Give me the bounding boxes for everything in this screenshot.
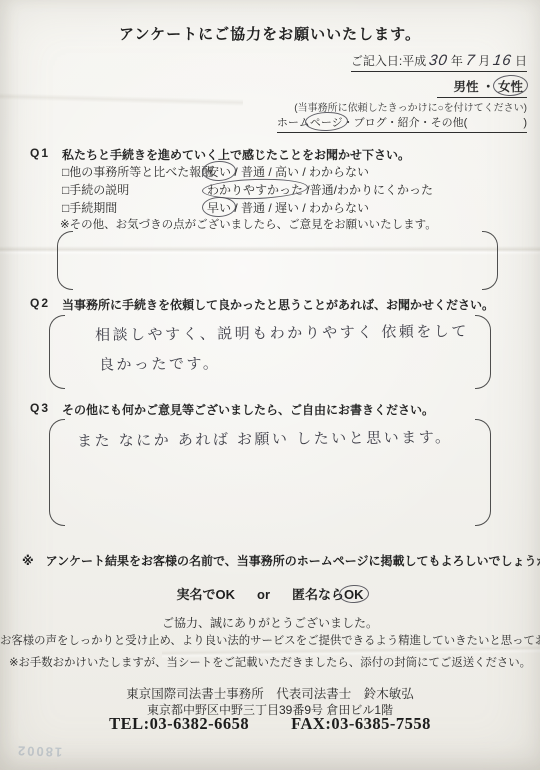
q1-answer-box: [57, 231, 498, 290]
q1-item-label: □手続期間: [62, 199, 207, 216]
q1-label: Q1: [30, 146, 62, 163]
anonymous-ok-circled: OK: [344, 587, 364, 602]
q1-row-period: □手続期間 早い / 普通 / 遅い / わからない: [62, 199, 369, 216]
or-label: or: [257, 587, 270, 602]
q3-label: Q3: [30, 401, 62, 418]
source-close-paren: ): [523, 117, 527, 129]
faint-serial-stamp: 18002: [16, 743, 63, 760]
gender-separator-dot: ・: [482, 80, 495, 94]
gender-line: 男性 ・ 女性: [437, 77, 527, 98]
q2-handwritten-answer-line2: 良かったです。: [99, 352, 221, 374]
q1-explanation-answer-circled: わかりやすかった: [207, 181, 303, 198]
source-homepage-circled: ページ: [310, 114, 343, 130]
date-prefix: ご記入日:平成: [351, 54, 426, 68]
paper-crease: [0, 93, 243, 106]
q2-heading: Q2 当事務所に手続きを依頼して良かったと思うことがあれば、お聞かせください。: [30, 296, 494, 313]
q3-heading: Q3 その他にも何かご意見等ございましたら、ご自由にお書きください。: [30, 401, 434, 418]
q1-period-options: / 普通 / 遅い / わからない: [231, 201, 369, 215]
closing-message: お客様の声をしっかりと受け止め、より良い法的サービスをご提供できるよう精進してい…: [0, 632, 540, 648]
q3-question: その他にも何かご意見等ございましたら、ご自由にお書きください。: [62, 401, 434, 418]
date-year-handwritten: 30: [428, 52, 449, 69]
publish-choice-line: 実名でOKor匿名ならOK: [0, 584, 540, 603]
thanks-line: ご協力、誠にありがとうございました。: [0, 614, 540, 631]
return-instruction-note: ※お手数おかけいたしますが、当シートをご記載いただきましたら、添付の封筒にてご返…: [0, 654, 540, 670]
survey-title: アンケートにご協力をお願いいたします。: [0, 23, 540, 44]
q1-explanation-options: /普通/わかりにくかった: [303, 183, 433, 197]
scanned-survey-sheet: アンケートにご協力をお願いいたします。 ご記入日:平成30年7月16日 男性 ・…: [0, 0, 540, 770]
q2-answer-box: 相談しやすく、説明もわかりやすく 依頼をして 良かったです。: [49, 315, 491, 389]
fill-date-line: ご記入日:平成30年7月16日: [351, 52, 527, 72]
q2-question: 当事務所に手続きを依頼して良かったと思うことがあれば、お聞かせください。: [62, 296, 494, 313]
q1-period-answer-circled: 早い: [207, 199, 231, 216]
gender-female-option-circled: 女性: [498, 77, 523, 95]
date-day-handwritten: 16: [492, 52, 513, 69]
source-pre: ホーム: [277, 117, 310, 129]
q2-label: Q2: [30, 296, 62, 313]
office-name-line: 東京国際司法書士事務所 代表司法書士 鈴木敏弘: [0, 684, 540, 702]
fax-number: FAX:03-6385-7558: [291, 714, 431, 733]
q1-item-label: □手続の説明: [62, 181, 207, 198]
tel-fax-line: TEL:03-6382-6658FAX:03-6385-7558: [0, 714, 540, 734]
year-unit: 年: [451, 54, 463, 68]
q1-question: 私たちと手続きを進めていく上で感じたことをお聞かせ下さい。: [62, 146, 410, 163]
source-options: ・ブログ・紹介・その他(: [343, 117, 468, 129]
q2-handwritten-answer-line1: 相談しやすく、説明もわかりやすく 依頼をして: [95, 320, 469, 345]
real-name-ok-option: 実名でOK: [176, 587, 235, 602]
q3-handwritten-answer: また なにか あれば お願い したいと思います。: [77, 426, 453, 451]
q3-answer-box: また なにか あれば お願い したいと思います。: [49, 419, 491, 526]
day-unit: 日: [515, 54, 527, 68]
q1-fee-options: / 普通 / 高い / わからない: [231, 165, 369, 179]
referral-instruction-note: (当事務所に依頼したきっかけに○を付けてください): [294, 99, 527, 114]
q1-fee-answer-circled: 安い: [207, 163, 231, 180]
publish-permission-question: ※ アンケート結果をお客様の名前で、当事務所のホームページに掲載してもよろしいで…: [22, 552, 540, 569]
q1-row-fee: □他の事務所等と比べた報酬 安い / 普通 / 高い / わからない: [62, 163, 369, 180]
q1-row-explanation: □手続の説明 わかりやすかった /普通/わかりにくかった: [62, 181, 433, 198]
q1-item-label: □他の事務所等と比べた報酬: [62, 163, 207, 180]
q1-note: ※その他、お気づきの点がございましたら、ご意見をお願いいたします。: [60, 216, 437, 232]
month-unit: 月: [478, 54, 490, 68]
tel-number: TEL:03-6382-6658: [109, 714, 249, 733]
gender-male-option: 男性: [453, 80, 478, 94]
q1-heading: Q1 私たちと手続きを進めていく上で感じたことをお聞かせ下さい。: [30, 146, 410, 163]
referral-source-line: ホームページ・ブログ・紹介・その他(): [277, 114, 527, 133]
date-month-handwritten: 7: [465, 52, 477, 69]
anonymous-prefix: 匿名なら: [292, 587, 344, 602]
